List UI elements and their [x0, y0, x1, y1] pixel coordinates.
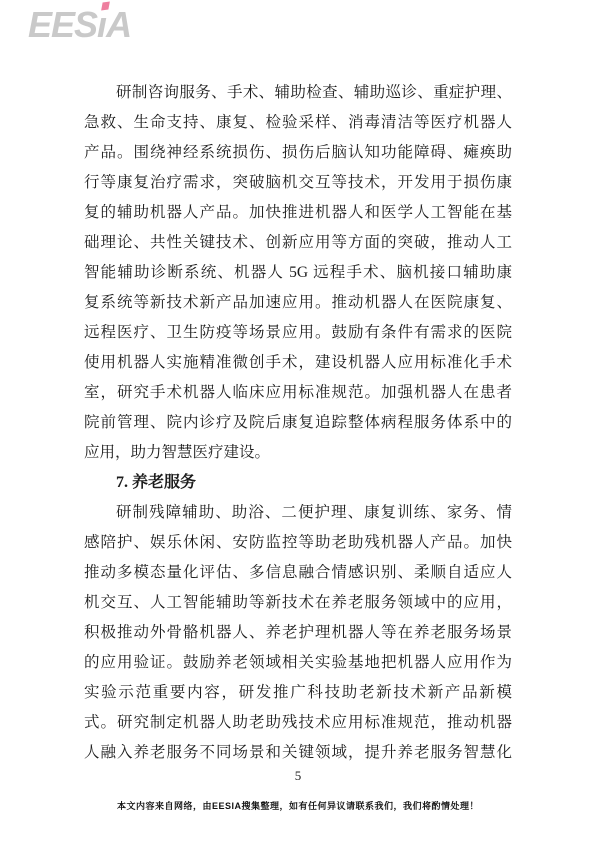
body-line: 机交互、人工智能辅助等新技术在养老服务领域中的应用， [84, 588, 512, 618]
body-line: 推动多模态量化评估、多信息融合情感识别、柔顺自适应人 [84, 558, 512, 588]
body-line: 的应用验证。鼓励养老领域相关实验基地把机器人应用作为 [84, 648, 512, 678]
document-page: EESıA 研制咨询服务、手术、辅助检查、辅助巡诊、重症护理、 急救、生命支持、… [0, 0, 596, 842]
logo-text-right: A [106, 4, 131, 45]
body-line: 式。研究制定机器人助老助残技术应用标准规范，推动机器 [84, 708, 512, 738]
body-line: 积极推动外骨骼机器人、养老护理机器人等在养老服务场景 [84, 618, 512, 648]
body-line: 实验示范重要内容，研发推广科技助老新技术新产品新模 [84, 678, 512, 708]
body-line: 远程医疗、卫生防疫等场景应用。鼓励有条件有需求的医院 [84, 318, 512, 348]
body-line: 产品。围绕神经系统损伤、损伤后脑认知功能障碍、瘫痪助 [84, 138, 512, 168]
page-number: 5 [0, 768, 596, 784]
body-line: 智能辅助诊断系统、机器人 5G 远程手术、脑机接口辅助康 [84, 258, 512, 288]
document-body: 研制咨询服务、手术、辅助检查、辅助巡诊、重症护理、 急救、生命支持、康复、检验采… [84, 78, 512, 768]
body-line: 复系统等新技术新产品加速应用。推动机器人在医院康复、 [84, 288, 512, 318]
body-line: 础理论、共性关键技术、创新应用等方面的突破，推动人工 [84, 228, 512, 258]
body-line: 感陪护、娱乐休闲、安防监控等助老助残机器人产品。加快 [84, 528, 512, 558]
body-line: 复的辅助机器人产品。加快推进机器人和医学人工智能在基 [84, 198, 512, 228]
logo-text-left: EES [28, 4, 97, 45]
logo-letter-i: ı [97, 4, 106, 46]
body-line: 使用机器人实施精准微创手术，建设机器人应用标准化手术 [84, 348, 512, 378]
body-line: 研制残障辅助、助浴、二便护理、康复训练、家务、情 [84, 498, 512, 528]
body-line: 室，研究手术机器人临床应用标准规范。加强机器人在患者 [84, 378, 512, 408]
body-line: 行等康复治疗需求，突破脑机交互等技术，开发用于损伤康 [84, 168, 512, 198]
section-heading: 7. 养老服务 [84, 468, 512, 498]
body-line: 应用，助力智慧医疗建设。 [84, 438, 512, 468]
body-line: 研制咨询服务、手术、辅助检查、辅助巡诊、重症护理、 [84, 78, 512, 108]
body-line: 院前管理、院内诊疗及院后康复追踪整体病程服务体系中的 [84, 408, 512, 438]
eesia-logo: EESıA [28, 4, 131, 46]
footer-disclaimer: 本文内容来自网络，由EESIA搜集整理，如有任何异议请联系我们，我们将酌情处理！ [0, 799, 596, 812]
body-line: 人融入养老服务不同场景和关键领域，提升养老服务智慧化 [84, 738, 512, 768]
body-line: 急救、生命支持、康复、检验采样、消毒清洁等医疗机器人 [84, 108, 512, 138]
